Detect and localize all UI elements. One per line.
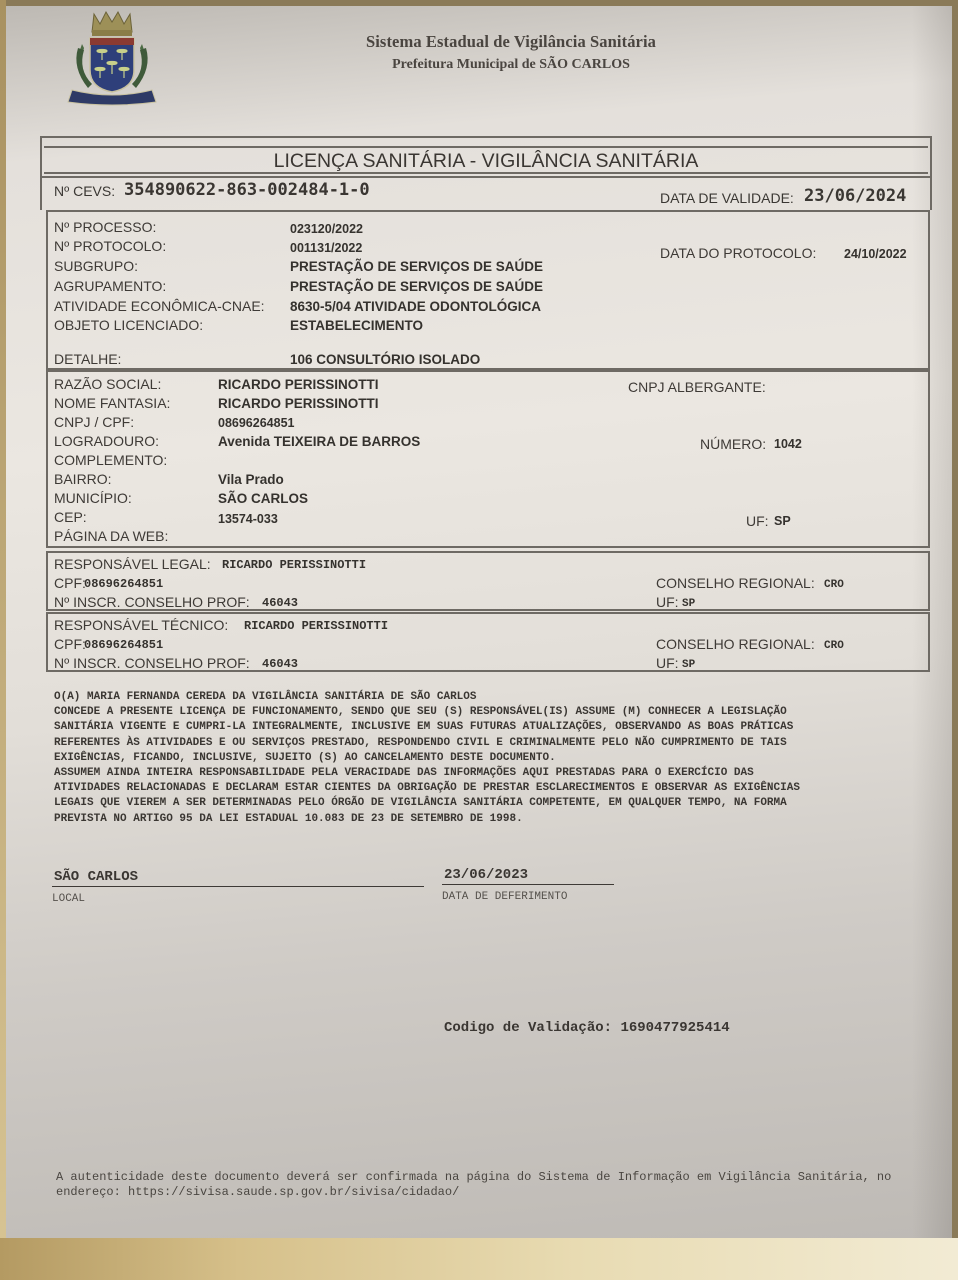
- number-label: NÚMERO:: [700, 435, 766, 453]
- validation-code: Codigo de Validação: 1690477925414: [444, 1020, 730, 1036]
- legal-responsible-name: RICARDO PERISSINOTTI: [222, 556, 366, 574]
- legal-responsible-council: CRO: [824, 576, 844, 594]
- protocol-date-value: 24/10/2022: [844, 245, 907, 263]
- field-label: Nº PROCESSO:: [54, 218, 156, 236]
- municipality-value: SÃO CARLOS: [218, 490, 308, 508]
- field-label: BAIRRO:: [54, 470, 112, 488]
- local-caption: LOCAL: [52, 893, 424, 905]
- validity-label: DATA DE VALIDADE:: [660, 190, 794, 206]
- technical-responsible-inscr: 46043: [262, 655, 298, 673]
- validity-value: 23/06/2024: [804, 186, 906, 206]
- field-label: PÁGINA DA WEB:: [54, 527, 168, 545]
- cpf-label: CPF:: [54, 574, 86, 592]
- field-label: COMPLEMENTO:: [54, 451, 167, 469]
- field-label: CNPJ / CPF:: [54, 413, 134, 431]
- cevs-row: Nº CEVS: 354890622-863-002484-1-0 DATA D…: [40, 176, 932, 210]
- subgroup-value: PRESTAÇÃO DE SERVIÇOS DE SAÚDE: [290, 258, 543, 276]
- authenticity-note: A autenticidade deste documento deverá s…: [56, 1170, 936, 1200]
- cnpj-cpf-value: 08696264851: [218, 414, 294, 432]
- license-title-box: LICENÇA SANITÁRIA - VIGILÂNCIA SANITÁRIA: [40, 136, 932, 178]
- document-header: Sistema Estadual de Vigilância Sanitária…: [296, 32, 726, 73]
- cnae-value: 8630-5/04 ATIVIDADE ODONTOLÓGICA: [290, 298, 541, 316]
- protocol-date-label: DATA DO PROTOCOLO:: [660, 244, 816, 262]
- detail-value: 106 CONSULTÓRIO ISOLADO: [290, 351, 480, 369]
- technical-responsible-uf: SP: [682, 656, 695, 674]
- field-label: RAZÃO SOCIAL:: [54, 375, 161, 393]
- legal-terms-text: O(A) MARIA FERNANDA CEREDA DA VIGILÂNCIA…: [54, 690, 934, 827]
- inscr-label: Nº INSCR. CONSELHO PROF:: [54, 654, 250, 672]
- uf-label: UF:: [656, 654, 679, 672]
- cnpj-albergante-label: CNPJ ALBERGANTE:: [628, 378, 766, 396]
- licensed-object-value: ESTABELECIMENTO: [290, 317, 423, 335]
- trade-name: RICARDO PERISSINOTTI: [218, 395, 379, 413]
- local-field: SÃO CARLOS LOCAL: [52, 868, 424, 905]
- technical-responsible-label: RESPONSÁVEL TÉCNICO:: [54, 616, 228, 634]
- technical-responsible-section: RESPONSÁVEL TÉCNICO: RICARDO PERISSINOTT…: [46, 612, 930, 672]
- legal-responsible-section: RESPONSÁVEL LEGAL: RICARDO PERISSINOTTI …: [46, 551, 930, 611]
- neighborhood-value: Vila Prado: [218, 471, 284, 489]
- date-underline: [442, 884, 614, 885]
- license-title: LICENÇA SANITÁRIA - VIGILÂNCIA SANITÁRIA: [44, 146, 928, 174]
- cevs-value: 354890622-863-002484-1-0: [124, 180, 370, 200]
- technical-responsible-council: CRO: [824, 637, 844, 655]
- field-label: DETALHE:: [54, 350, 121, 368]
- deferment-date-field: 23/06/2023 DATA DE DEFERIMENTO: [442, 866, 614, 903]
- field-label: ATIVIDADE ECONÔMICA-CNAE:: [54, 297, 265, 315]
- legal-responsible-cpf: 08696264851: [84, 575, 163, 593]
- cep-value: 13574-033: [218, 510, 278, 528]
- legal-responsible-uf: SP: [682, 595, 695, 613]
- field-label: CEP:: [54, 508, 87, 526]
- technical-responsible-cpf: 08696264851: [84, 636, 163, 654]
- protocol-number: 001131/2022: [290, 239, 362, 257]
- field-label: LOGRADOURO:: [54, 432, 159, 450]
- deferment-date-value: 23/06/2023: [442, 866, 614, 884]
- uf-label: UF:: [656, 593, 679, 611]
- uf-label: UF:: [746, 512, 769, 530]
- establishment-section: RAZÃO SOCIAL: RICARDO PERISSINOTTI NOME …: [46, 370, 930, 548]
- local-value: SÃO CARLOS: [52, 868, 424, 886]
- field-label: MUNICÍPIO:: [54, 489, 132, 507]
- local-underline: [52, 886, 424, 887]
- prefecture-name: Prefeitura Municipal de SÃO CARLOS: [296, 57, 726, 73]
- cevs-label: Nº CEVS:: [54, 183, 115, 199]
- field-label: AGRUPAMENTO:: [54, 277, 166, 295]
- cpf-label: CPF:: [54, 635, 86, 653]
- frame-edge-bottom: [0, 1238, 958, 1280]
- field-label: SUBGRUPO:: [54, 257, 138, 275]
- inscr-label: Nº INSCR. CONSELHO PROF:: [54, 593, 250, 611]
- validation-label: Codigo de Validação:: [444, 1020, 612, 1036]
- uf-value: SP: [774, 512, 791, 530]
- legal-responsible-inscr: 46043: [262, 594, 298, 612]
- field-label: Nº PROTOCOLO:: [54, 237, 166, 255]
- council-label: CONSELHO REGIONAL:: [656, 574, 815, 592]
- legal-responsible-label: RESPONSÁVEL LEGAL:: [54, 555, 211, 573]
- process-section: Nº PROCESSO: 023120/2022 Nº PROTOCOLO: 0…: [46, 210, 930, 370]
- field-label: OBJETO LICENCIADO:: [54, 316, 203, 334]
- corporate-name: RICARDO PERISSINOTTI: [218, 376, 379, 394]
- grouping-value: PRESTAÇÃO DE SERVIÇOS DE SAÚDE: [290, 278, 543, 296]
- validation-code-value: 1690477925414: [620, 1020, 729, 1036]
- technical-responsible-name: RICARDO PERISSINOTTI: [244, 617, 388, 635]
- field-label: NOME FANTASIA:: [54, 394, 170, 412]
- coat-of-arms-icon: [64, 8, 160, 106]
- council-label: CONSELHO REGIONAL:: [656, 635, 815, 653]
- number-value: 1042: [774, 435, 802, 453]
- deferment-date-caption: DATA DE DEFERIMENTO: [442, 891, 614, 903]
- street-value: Avenida TEIXEIRA DE BARROS: [218, 433, 420, 451]
- system-title: Sistema Estadual de Vigilância Sanitária: [296, 32, 726, 52]
- process-number: 023120/2022: [290, 220, 363, 238]
